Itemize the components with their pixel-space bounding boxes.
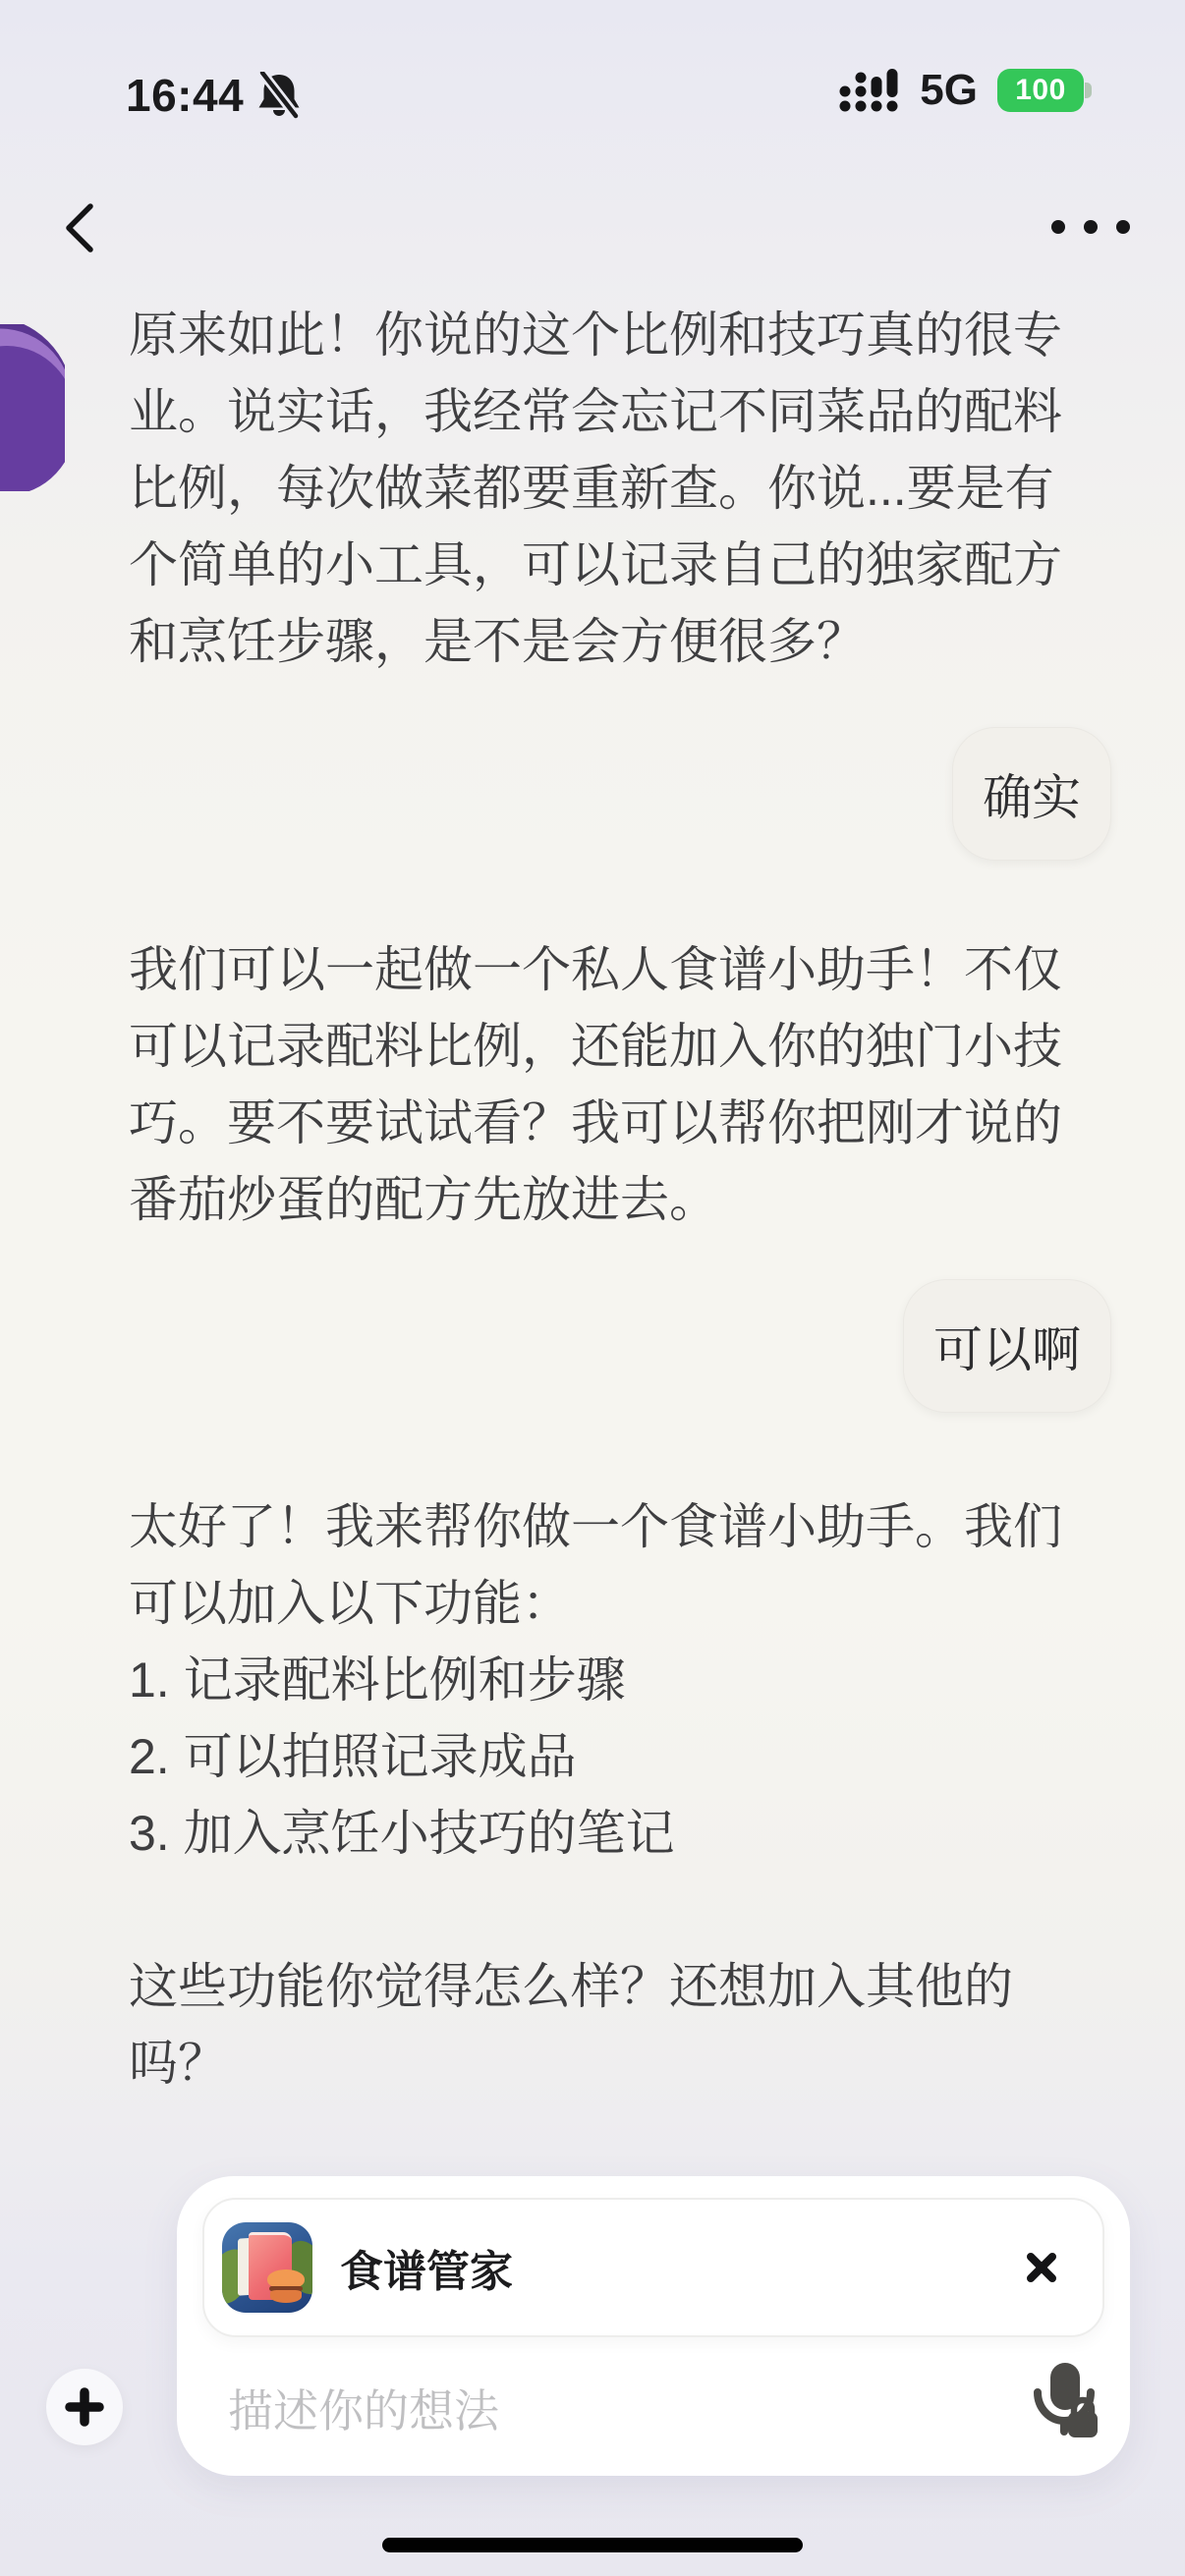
bell-slash-icon: [257, 72, 301, 119]
add-attachment-button[interactable]: [46, 2369, 123, 2445]
macaron-shape: [270, 2290, 302, 2303]
user-bubble: 确实: [952, 727, 1111, 861]
network-type-label: 5G: [920, 66, 978, 115]
status-bar-right: 5G 100: [839, 65, 1084, 116]
status-bar-left: 16:44: [126, 69, 301, 122]
assistant-avatar: [0, 324, 65, 491]
close-icon[interactable]: [1022, 2248, 1061, 2287]
avatar-shape: [0, 346, 65, 491]
ellipsis-dot: [1116, 220, 1130, 234]
composer-card: 食谱管家: [177, 2176, 1130, 2476]
more-menu-button[interactable]: [1051, 220, 1130, 234]
attachment-label: 食谱管家: [340, 2236, 1022, 2299]
user-bubble: 可以啊: [903, 1279, 1111, 1413]
back-button[interactable]: [61, 202, 100, 253]
battery-percent: 100: [1015, 74, 1066, 107]
assistant-message: 太好了！我来帮你做一个食谱小助手。我们可以加入以下功能： 1. 记录配料比例和步…: [129, 1488, 1064, 2101]
assistant-message: 原来如此！你说的这个比例和技巧真的很专业。说实话，我经常会忘记不同菜品的配料比例…: [129, 297, 1064, 680]
battery-icon: 100: [997, 69, 1084, 112]
attachment-chip[interactable]: 食谱管家: [202, 2198, 1104, 2337]
ellipsis-dot: [1051, 220, 1065, 234]
assistant-message: 我们可以一起做一个私人食谱小助手！不仅可以记录配料比例，还能加入你的独门小技巧。…: [129, 931, 1064, 1238]
recipe-app-icon: [222, 2222, 312, 2313]
microphone-lock-icon[interactable]: [1028, 2359, 1100, 2448]
battery-nub: [1085, 83, 1092, 98]
ellipsis-dot: [1084, 220, 1098, 234]
cellular-signal-icon: [839, 69, 900, 112]
message-input[interactable]: [226, 2369, 937, 2453]
home-indicator[interactable]: [382, 2538, 803, 2552]
status-time: 16:44: [126, 69, 244, 122]
